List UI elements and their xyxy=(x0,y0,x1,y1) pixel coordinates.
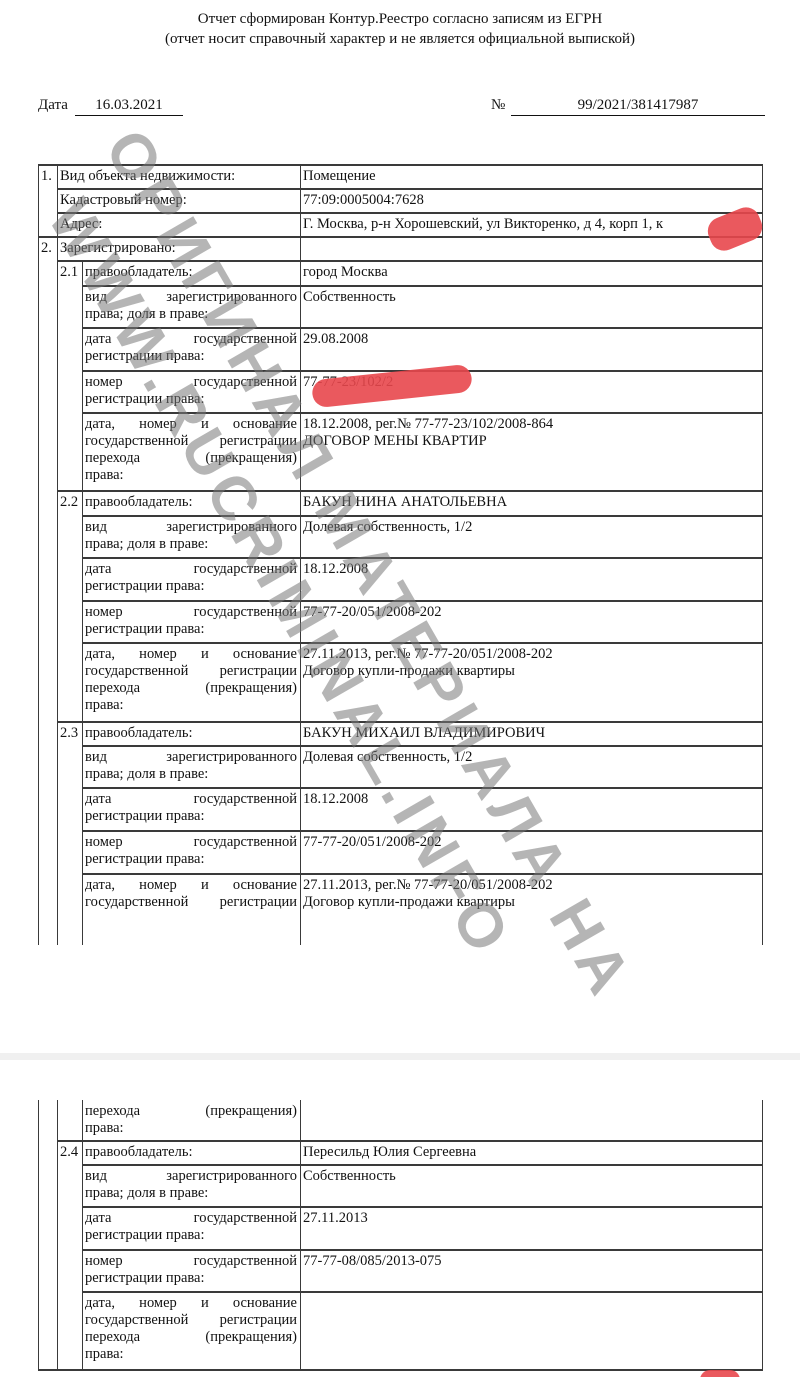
number-label: № xyxy=(491,95,505,115)
date-value-text: 16.03.2021 xyxy=(75,95,183,116)
label-line: дата государственной xyxy=(85,561,297,578)
right-type-value: Долевая собственность, 1/2 xyxy=(300,518,762,537)
reg-number-value: 77-77-08/085/2013-075 xyxy=(300,1252,762,1271)
table-border-right xyxy=(762,165,763,945)
label-line: государственной регистрации xyxy=(85,663,297,680)
label-line: права; доля в праве: xyxy=(85,536,297,553)
label-line: вид зарегистрированного xyxy=(85,289,297,306)
reg-date-label: дата государственнойрегистрации права: xyxy=(82,1209,300,1245)
holder-number: 2.2 xyxy=(57,493,83,512)
label-line: регистрации права: xyxy=(85,808,297,825)
transfer-value xyxy=(300,1294,762,1296)
label-line: права: xyxy=(85,697,297,714)
holder-label: правообладатель: xyxy=(82,493,300,512)
table-border-bottom xyxy=(38,1369,763,1371)
label-line: дата государственной xyxy=(85,791,297,808)
label-line: перехода (прекращения) xyxy=(85,680,297,697)
transfer-line: Договор купли-продажи квартиры xyxy=(303,894,759,911)
label-line: регистрации права: xyxy=(85,1227,297,1244)
holder-value: Пересильд Юлия Сергеевна xyxy=(300,1143,762,1162)
row-rule xyxy=(57,490,763,492)
row-rule xyxy=(82,1164,763,1166)
transfer-label-continued: перехода (прекращения)права: xyxy=(82,1102,300,1138)
label-line: перехода (прекращения) xyxy=(85,1329,297,1346)
holder-number: 2.4 xyxy=(57,1143,83,1162)
label-line: права; доля в праве: xyxy=(85,1185,297,1202)
label-line: регистрации права: xyxy=(85,391,297,408)
registered-label: Зарегистрировано: xyxy=(57,239,300,258)
holder-label: правообладатель: xyxy=(82,724,300,743)
label-line: регистрации права: xyxy=(85,348,297,365)
right-type-label: вид зарегистрированногоправа; доля в пра… xyxy=(82,288,300,324)
reg-date-label: дата государственнойрегистрации права: xyxy=(82,560,300,596)
row-rule xyxy=(57,212,763,214)
transfer-label: дата, номер и основаниегосударственной р… xyxy=(82,876,300,912)
row-rule xyxy=(82,1206,763,1208)
reg-date-label: дата государственнойрегистрации права: xyxy=(82,330,300,366)
label-line: государственной регистрации xyxy=(85,894,297,911)
label-line: номер государственной xyxy=(85,1253,297,1270)
reg-date-value: 29.08.2008 xyxy=(300,330,762,349)
cadastral-value: 77:09:0005004:7628 xyxy=(300,191,762,210)
row-rule xyxy=(82,787,763,789)
label-line: дата государственной xyxy=(85,1210,297,1227)
row-rule xyxy=(57,260,763,262)
reg-number-label: номер государственнойрегистрации права: xyxy=(82,1252,300,1288)
label-line: номер государственной xyxy=(85,374,297,391)
label-line: дата, номер и основание xyxy=(85,877,297,894)
label-line: перехода (прекращения) xyxy=(85,450,297,467)
reg-date-value: 18.12.2008 xyxy=(300,560,762,579)
report-subtitle: (отчет носит справочный характер и не яв… xyxy=(0,29,800,49)
reg-number-label: номер государственнойрегистрации права: xyxy=(82,373,300,409)
date-label: Дата xyxy=(38,95,68,115)
label-line: номер государственной xyxy=(85,604,297,621)
cadastral-label: Кадастровый номер: xyxy=(57,191,300,210)
transfer-value: 18.12.2008, рег.№ 77-77-23/102/2008-864Д… xyxy=(300,415,762,451)
label-line: права: xyxy=(85,1346,297,1363)
row-rule xyxy=(82,327,763,329)
reg-number-value: 77-77-20/051/2008-202 xyxy=(300,833,762,852)
reg-number-label: номер государственнойрегистрации права: xyxy=(82,833,300,869)
table-border-left xyxy=(38,165,39,945)
address-value: Г. Москва, р-н Хорошевский, ул Викторенк… xyxy=(300,215,762,234)
label-line: государственной регистрации xyxy=(85,1312,297,1329)
reg-number-value: 77-77-20/051/2008-202 xyxy=(300,603,762,622)
row-rule xyxy=(82,412,763,414)
row-rule xyxy=(82,830,763,832)
redaction-mark xyxy=(700,1370,740,1377)
object-type-value: Помещение xyxy=(300,167,762,186)
row-rule xyxy=(82,1291,763,1293)
reg-date-value: 18.12.2008 xyxy=(300,790,762,809)
row-rule xyxy=(57,1140,763,1142)
holder-value: БАКУН НИНА АНАТОЛЬЕВНА xyxy=(300,493,762,512)
reg-date-label: дата государственнойрегистрации права: xyxy=(82,790,300,826)
right-type-label: вид зарегистрированногоправа; доля в пра… xyxy=(82,1167,300,1203)
address-label: Адрес: xyxy=(57,215,300,234)
label-line: вид зарегистрированного xyxy=(85,749,297,766)
reg-number-label: номер государственнойрегистрации права: xyxy=(82,603,300,639)
label-line: права: xyxy=(85,1120,297,1137)
section-number: 2. xyxy=(38,239,58,258)
row-rule xyxy=(38,236,763,238)
row-rule xyxy=(38,164,763,166)
label-line: регистрации права: xyxy=(85,851,297,868)
label-line: права; доля в праве: xyxy=(85,766,297,783)
holder-number: 2.3 xyxy=(57,724,83,743)
object-type-label: Вид объекта недвижимости: xyxy=(57,167,300,186)
holder-number: 2.1 xyxy=(57,263,83,282)
holder-value: БАКУН МИХАИЛ ВЛАДИМИРОВИЧ xyxy=(300,724,762,743)
col-divider xyxy=(57,165,58,945)
right-type-value: Долевая собственность, 1/2 xyxy=(300,748,762,767)
transfer-label: дата, номер и основаниегосударственной р… xyxy=(82,645,300,715)
label-line: государственной регистрации xyxy=(85,433,297,450)
row-rule xyxy=(82,285,763,287)
label-line: дата, номер и основание xyxy=(85,646,297,663)
label-line: вид зарегистрированного xyxy=(85,1168,297,1185)
page-break xyxy=(0,1053,800,1060)
label-line: номер государственной xyxy=(85,834,297,851)
holder-value: город Москва xyxy=(300,263,762,282)
label-line: дата, номер и основание xyxy=(85,1295,297,1312)
table-border-left xyxy=(38,1100,39,1370)
report-title: Отчет сформирован Контур.Реестро согласн… xyxy=(0,9,800,29)
label-line: регистрации права: xyxy=(85,1270,297,1287)
reg-date-value: 27.11.2013 xyxy=(300,1209,762,1228)
label-line: регистрации права: xyxy=(85,578,297,595)
right-type-value: Собственность xyxy=(300,1167,762,1186)
transfer-line: 27.11.2013, рег.№ 77-77-20/051/2008-202 xyxy=(303,877,759,894)
row-rule xyxy=(82,557,763,559)
row-rule xyxy=(82,515,763,517)
label-line: дата, номер и основание xyxy=(85,416,297,433)
row-rule xyxy=(82,745,763,747)
date-value: 16.03.2021 xyxy=(75,95,183,116)
section-number: 1. xyxy=(38,167,58,186)
row-rule xyxy=(82,873,763,875)
label-line: регистрации права: xyxy=(85,621,297,638)
label-line: дата государственной xyxy=(85,331,297,348)
transfer-value: 27.11.2013, рег.№ 77-77-20/051/2008-202Д… xyxy=(300,645,762,681)
transfer-label: дата, номер и основаниегосударственной р… xyxy=(82,415,300,485)
right-type-label: вид зарегистрированногоправа; доля в пра… xyxy=(82,748,300,784)
row-rule xyxy=(82,1249,763,1251)
col-divider xyxy=(300,165,301,945)
redaction-mark xyxy=(704,203,767,255)
transfer-label: дата, номер и основаниегосударственной р… xyxy=(82,1294,300,1364)
label-line: перехода (прекращения) xyxy=(85,1103,297,1120)
right-type-label: вид зарегистрированногоправа; доля в пра… xyxy=(82,518,300,554)
label-line: права; доля в праве: xyxy=(85,306,297,323)
label-line: права: xyxy=(85,467,297,484)
transfer-line: 18.12.2008, рег.№ 77-77-23/102/2008-864 xyxy=(303,416,759,433)
holder-label: правообладатель: xyxy=(82,1143,300,1162)
transfer-line: ДОГОВОР МЕНЫ КВАРТИР xyxy=(303,433,759,450)
row-rule xyxy=(82,642,763,644)
row-rule xyxy=(82,600,763,602)
label-line: вид зарегистрированного xyxy=(85,519,297,536)
number-value: 99/2021/381417987 xyxy=(511,95,765,116)
transfer-value: 27.11.2013, рег.№ 77-77-20/051/2008-202Д… xyxy=(300,876,762,912)
row-rule xyxy=(57,721,763,723)
right-type-value: Собственность xyxy=(300,288,762,307)
holder-label: правообладатель: xyxy=(82,263,300,282)
row-rule xyxy=(57,188,763,190)
transfer-line: Договор купли-продажи квартиры xyxy=(303,663,759,680)
transfer-line: 27.11.2013, рег.№ 77-77-20/051/2008-202 xyxy=(303,646,759,663)
number-value-text: 99/2021/381417987 xyxy=(511,95,765,116)
